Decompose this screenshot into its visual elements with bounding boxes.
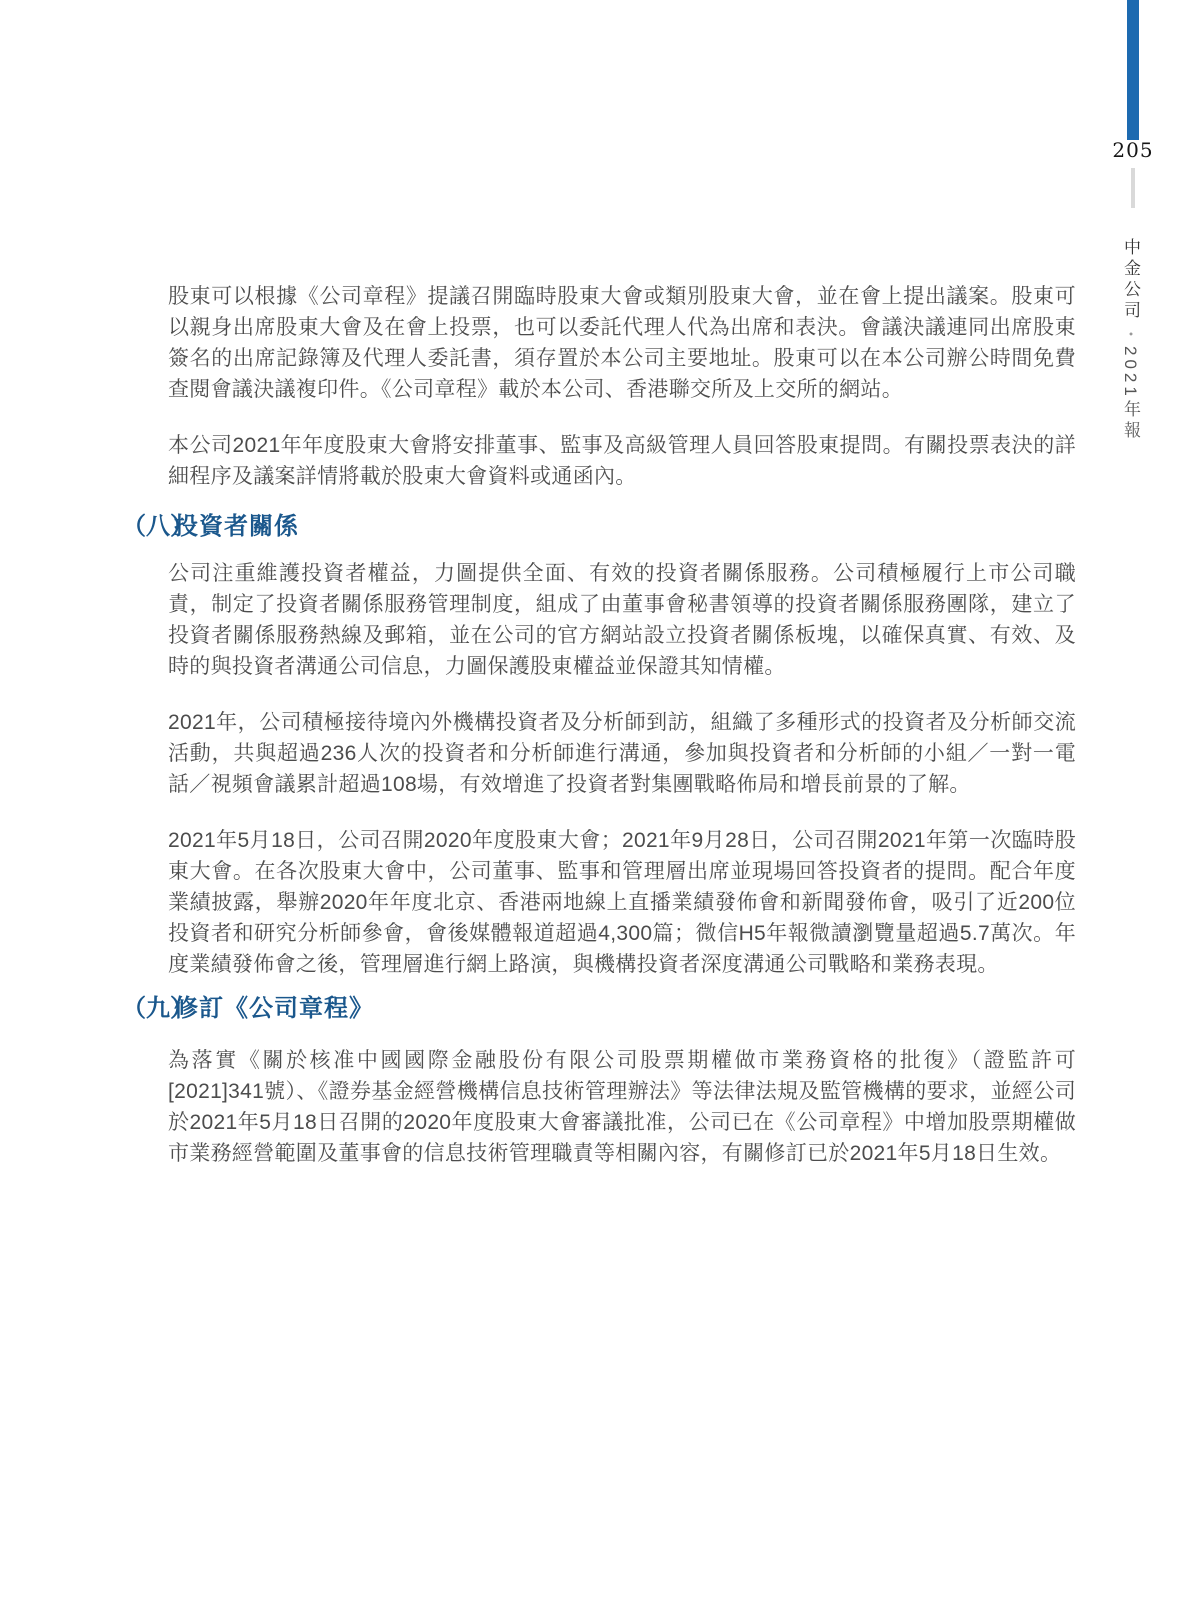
paragraph-shareholder-meetings-2021: 2021年5月18日，公司召開2020年度股東大會；2021年9月28日，公司召…	[168, 825, 1076, 980]
vertical-brand: 中金公司 • 2021年報	[1118, 238, 1143, 498]
section-title-investor-relations: 投資者關係	[174, 512, 1078, 542]
brand-year-label: 2021年報	[1118, 346, 1143, 442]
page-number: 205	[1103, 138, 1163, 162]
section-number-9: （九）	[122, 994, 174, 1024]
section-title-articles-amendment: 修訂《公司章程》	[174, 994, 1078, 1024]
brand-separator-dot: •	[1125, 332, 1137, 336]
section-number-8: （八）	[122, 512, 174, 542]
paragraph-shareholder-meeting-rights: 股東可以根據《公司章程》提議召開臨時股東大會或類別股東大會，並在會上提出議案。股…	[168, 281, 1076, 405]
paragraph-agm-2021-arrangements: 本公司2021年年度股東大會將安排董事、監事及高級管理人員回答股東提問。有關投票…	[168, 430, 1076, 492]
paragraph-investor-relations-overview: 公司注重維護投資者權益，力圖提供全面、有效的投資者關係服務。公司積極履行上市公司…	[168, 558, 1076, 682]
brand-company-name: 中金公司	[1118, 238, 1143, 322]
report-page: 205 中金公司 • 2021年報 股東可以根據《公司章程》提議召開臨時股東大會…	[0, 0, 1190, 1615]
top-accent-bar	[1127, 0, 1139, 140]
paragraph-investor-communication-2021: 2021年，公司積極接待境內外機構投資者及分析師到訪，組織了多種形式的投資者及分…	[168, 707, 1076, 800]
page-number-divider	[1131, 168, 1135, 208]
section-heading-articles-amendment: （九） 修訂《公司章程》	[122, 994, 1078, 1024]
paragraph-articles-amendment-details: 為落實《關於核准中國國際金融股份有限公司股票期權做市業務資格的批復》（證監許可[…	[168, 1045, 1076, 1169]
section-heading-investor-relations: （八） 投資者關係	[122, 512, 1078, 542]
